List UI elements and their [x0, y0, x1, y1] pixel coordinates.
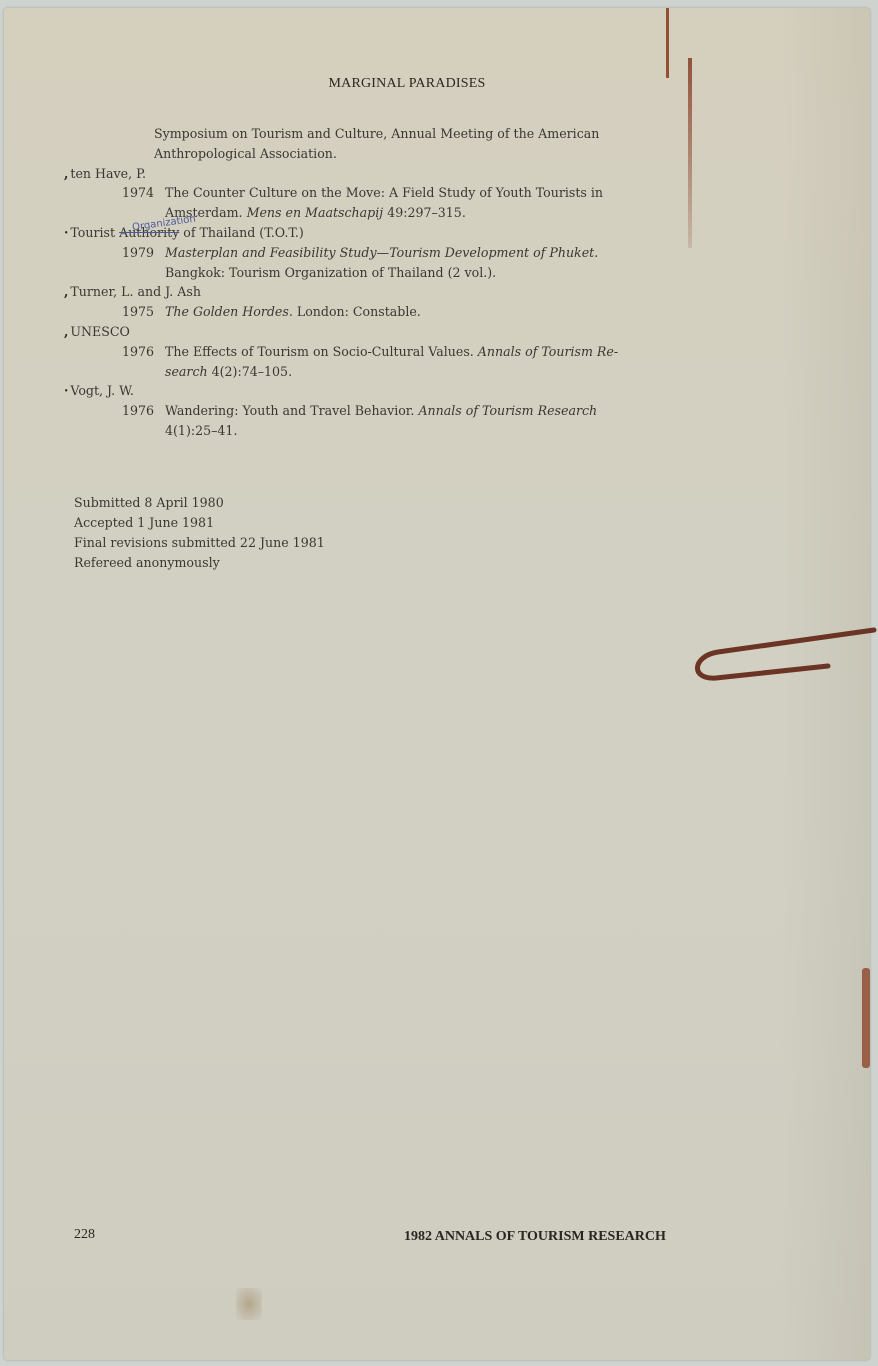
reference-title: The Counter Culture on the Move: A Field… [165, 183, 744, 203]
reference-source: search 4(2):74–105. [165, 362, 744, 382]
page-number: 228 [74, 1227, 95, 1243]
reference-year: 1976 [64, 342, 154, 382]
reference-line: Anthropological Association. [154, 144, 744, 164]
reference-title: Masterplan and Feasibility Study—Tourism… [165, 243, 744, 263]
reference-source: 4(1):25–41. [165, 421, 744, 441]
reference-author: ,UNESCO [64, 322, 744, 342]
reference-source: Amsterdam. Mens en Maatschapij 49:297–31… [165, 203, 744, 223]
running-head: MARGINAL PARADISES [4, 76, 810, 92]
reference-line: Symposium on Tourism and Culture, Annual… [154, 124, 744, 144]
rust-fold-mark [666, 8, 669, 78]
reference-entry: 1975 The Golden Hordes. London: Constabl… [64, 302, 744, 322]
reference-list: Symposium on Tourism and Culture, Annual… [64, 124, 744, 441]
reference-entry: 1976 The Effects of Tourism on Socio-Cul… [64, 342, 744, 382]
reference-year: 1975 [64, 302, 154, 322]
paper-stain [236, 1288, 262, 1320]
reference-entry: 1979 Masterplan and Feasibility Study—To… [64, 243, 744, 283]
reference-continuation: Symposium on Tourism and Culture, Annual… [64, 124, 744, 164]
article-history: Submitted 8 April 1980 Accepted 1 June 1… [74, 493, 325, 573]
tick-mark-icon: · [64, 383, 68, 398]
reference-year: 1976 [64, 401, 154, 441]
history-submitted: Submitted 8 April 1980 [74, 493, 325, 513]
scanned-page: MARGINAL PARADISES Symposium on Tourism … [4, 8, 870, 1360]
journal-footer: 1982 ANNALS OF TOURISM RESEARCH [404, 1229, 666, 1245]
reference-source: Bangkok: Tourism Organization of Thailan… [165, 263, 744, 283]
reference-entry: 1976 Wandering: Youth and Travel Behavio… [64, 401, 744, 441]
tick-mark-icon: , [64, 166, 68, 181]
reference-title: The Golden Hordes. London: Constable. [154, 302, 744, 322]
reference-title: The Effects of Tourism on Socio-Cultural… [165, 342, 744, 362]
reference-author: ·Vogt, J. W. [64, 381, 744, 401]
history-accepted: Accepted 1 June 1981 [74, 513, 325, 533]
tick-mark-icon: · [64, 225, 68, 240]
reference-title: Wandering: Youth and Travel Behavior. An… [165, 401, 744, 421]
paperclip-icon [688, 622, 878, 692]
reference-author: ,Turner, L. and J. Ash [64, 282, 744, 302]
tick-mark-icon: , [64, 324, 68, 339]
reference-author: ,ten Have, P. [64, 164, 744, 184]
history-final-revisions: Final revisions submitted 22 June 1981 [74, 533, 325, 553]
reference-year: 1979 [64, 243, 154, 283]
reference-year: 1974 [64, 183, 154, 223]
tick-mark-icon: , [64, 284, 68, 299]
edge-rust-stain [862, 968, 870, 1068]
history-refereed: Refereed anonymously [74, 553, 325, 573]
